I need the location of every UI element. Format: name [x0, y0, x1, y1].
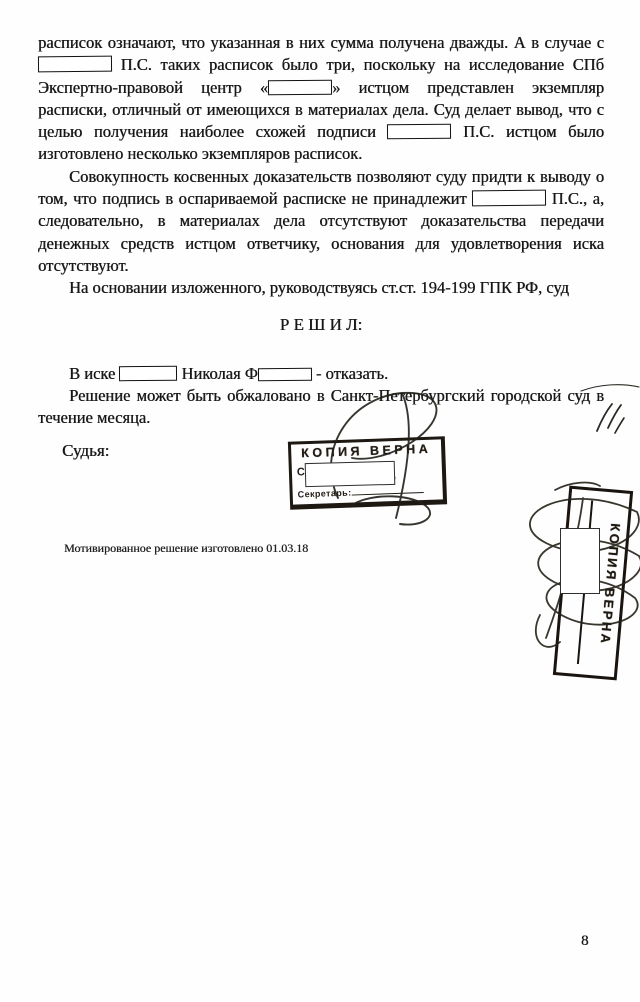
secretary-label-text: Секретарь:	[298, 488, 352, 500]
paragraph: Совокупность косвенных доказательств поз…	[38, 166, 604, 277]
paragraph-text: В иске	[69, 364, 115, 383]
judge-label: Судья:	[62, 441, 109, 461]
body-text: расписок означают, что указанная в них с…	[38, 32, 604, 430]
redaction-box	[258, 368, 312, 381]
signature-line	[351, 484, 423, 496]
paragraph: расписок означают, что указанная в них с…	[38, 32, 604, 166]
page-number: 8	[581, 933, 589, 950]
paragraph: В иске Николая Ф - отказать.	[38, 363, 604, 385]
redaction-box	[119, 366, 177, 382]
paragraph-text: расписок означают, что указанная в них с…	[38, 33, 604, 52]
paragraph-text: Решение может быть обжаловано в Санкт-Пе…	[38, 386, 604, 427]
redaction-box	[38, 56, 112, 73]
resolution-heading: Р Е Ш И Л:	[38, 314, 604, 336]
redaction-box	[472, 190, 546, 207]
redaction-box	[387, 124, 451, 140]
document-page: расписок означают, что указанная в них с…	[0, 0, 640, 1002]
paragraph: Решение может быть обжаловано в Санкт-Пе…	[38, 385, 604, 430]
paragraph-text: На основании изложенного, руководствуясь…	[69, 278, 569, 297]
redaction-box	[268, 79, 332, 95]
footer-note: Мотивированное решение изготовлено 01.03…	[64, 541, 308, 556]
redaction-box	[305, 461, 396, 487]
paragraph-text: Николая Ф	[181, 364, 257, 383]
paragraph: На основании изложенного, руководствуясь…	[38, 277, 604, 299]
stamp-text: КОПИЯ ВЕРНА	[291, 441, 441, 460]
redaction-box	[560, 528, 600, 594]
paragraph-text: - отказать.	[316, 364, 388, 383]
